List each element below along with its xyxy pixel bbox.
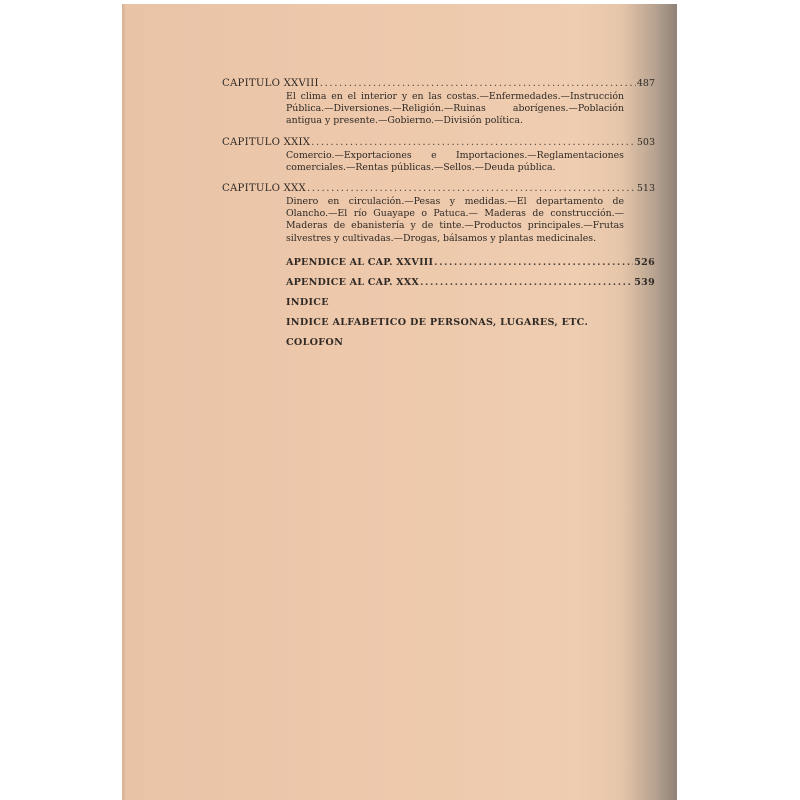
page-number: 513: [637, 182, 655, 195]
toc-chapter-xxx: CAPITULO XXX ...........................…: [222, 182, 655, 245]
dot-leader: ........................................…: [320, 77, 636, 90]
appendix-title: APENDICE AL CAP. XXVIII: [286, 253, 433, 273]
toc-entry: CAPITULO XXX ...........................…: [222, 182, 655, 195]
dot-leader: ........................................…: [434, 253, 633, 273]
toc-chapter-xxviii: CAPITULO XXVIII ........................…: [222, 77, 655, 128]
book-page: CAPITULO XXVIII ........................…: [122, 4, 677, 800]
toc-indice: INDICE: [286, 293, 655, 313]
chapter-description: El clima en el interior y en las costas.…: [286, 91, 624, 128]
toc-entry: CAPITULO XXVIII ........................…: [222, 77, 655, 90]
page-number: 526: [634, 253, 655, 273]
dot-leader: ........................................…: [307, 182, 636, 195]
toc-chapter-xxix: CAPITULO XXIX ..........................…: [222, 136, 655, 174]
dot-leader: ........................................…: [311, 136, 636, 149]
toc-entry: CAPITULO XXIX ..........................…: [222, 136, 655, 149]
toc-appendix-xxx: APENDICE AL CAP. XXX ...................…: [286, 273, 655, 293]
chapter-title: CAPITULO XXIX: [222, 136, 310, 149]
chapter-description: Comercio.—Exportaciones e Importaciones.…: [286, 150, 624, 174]
chapter-title: CAPITULO XXVIII: [222, 77, 319, 90]
toc-indice-alfabetico: INDICE ALFABETICO DE PERSONAS, LUGARES, …: [286, 313, 655, 333]
toc-appendix-xxviii: APENDICE AL CAP. XXVIII ................…: [286, 253, 655, 273]
page-number: 539: [634, 273, 655, 293]
page-number: 503: [637, 136, 655, 149]
page-number: 487: [637, 77, 655, 90]
appendix-title: APENDICE AL CAP. XXX: [286, 273, 419, 293]
toc-appendices: APENDICE AL CAP. XXVIII ................…: [286, 253, 655, 353]
toc-colofon: COLOFON: [286, 333, 655, 353]
chapter-description: Dinero en circulación.—Pesas y medidas.—…: [286, 196, 624, 245]
table-of-contents: CAPITULO XXVIII ........................…: [222, 77, 655, 353]
dot-leader: ........................................…: [420, 273, 633, 293]
chapter-title: CAPITULO XXX: [222, 182, 306, 195]
